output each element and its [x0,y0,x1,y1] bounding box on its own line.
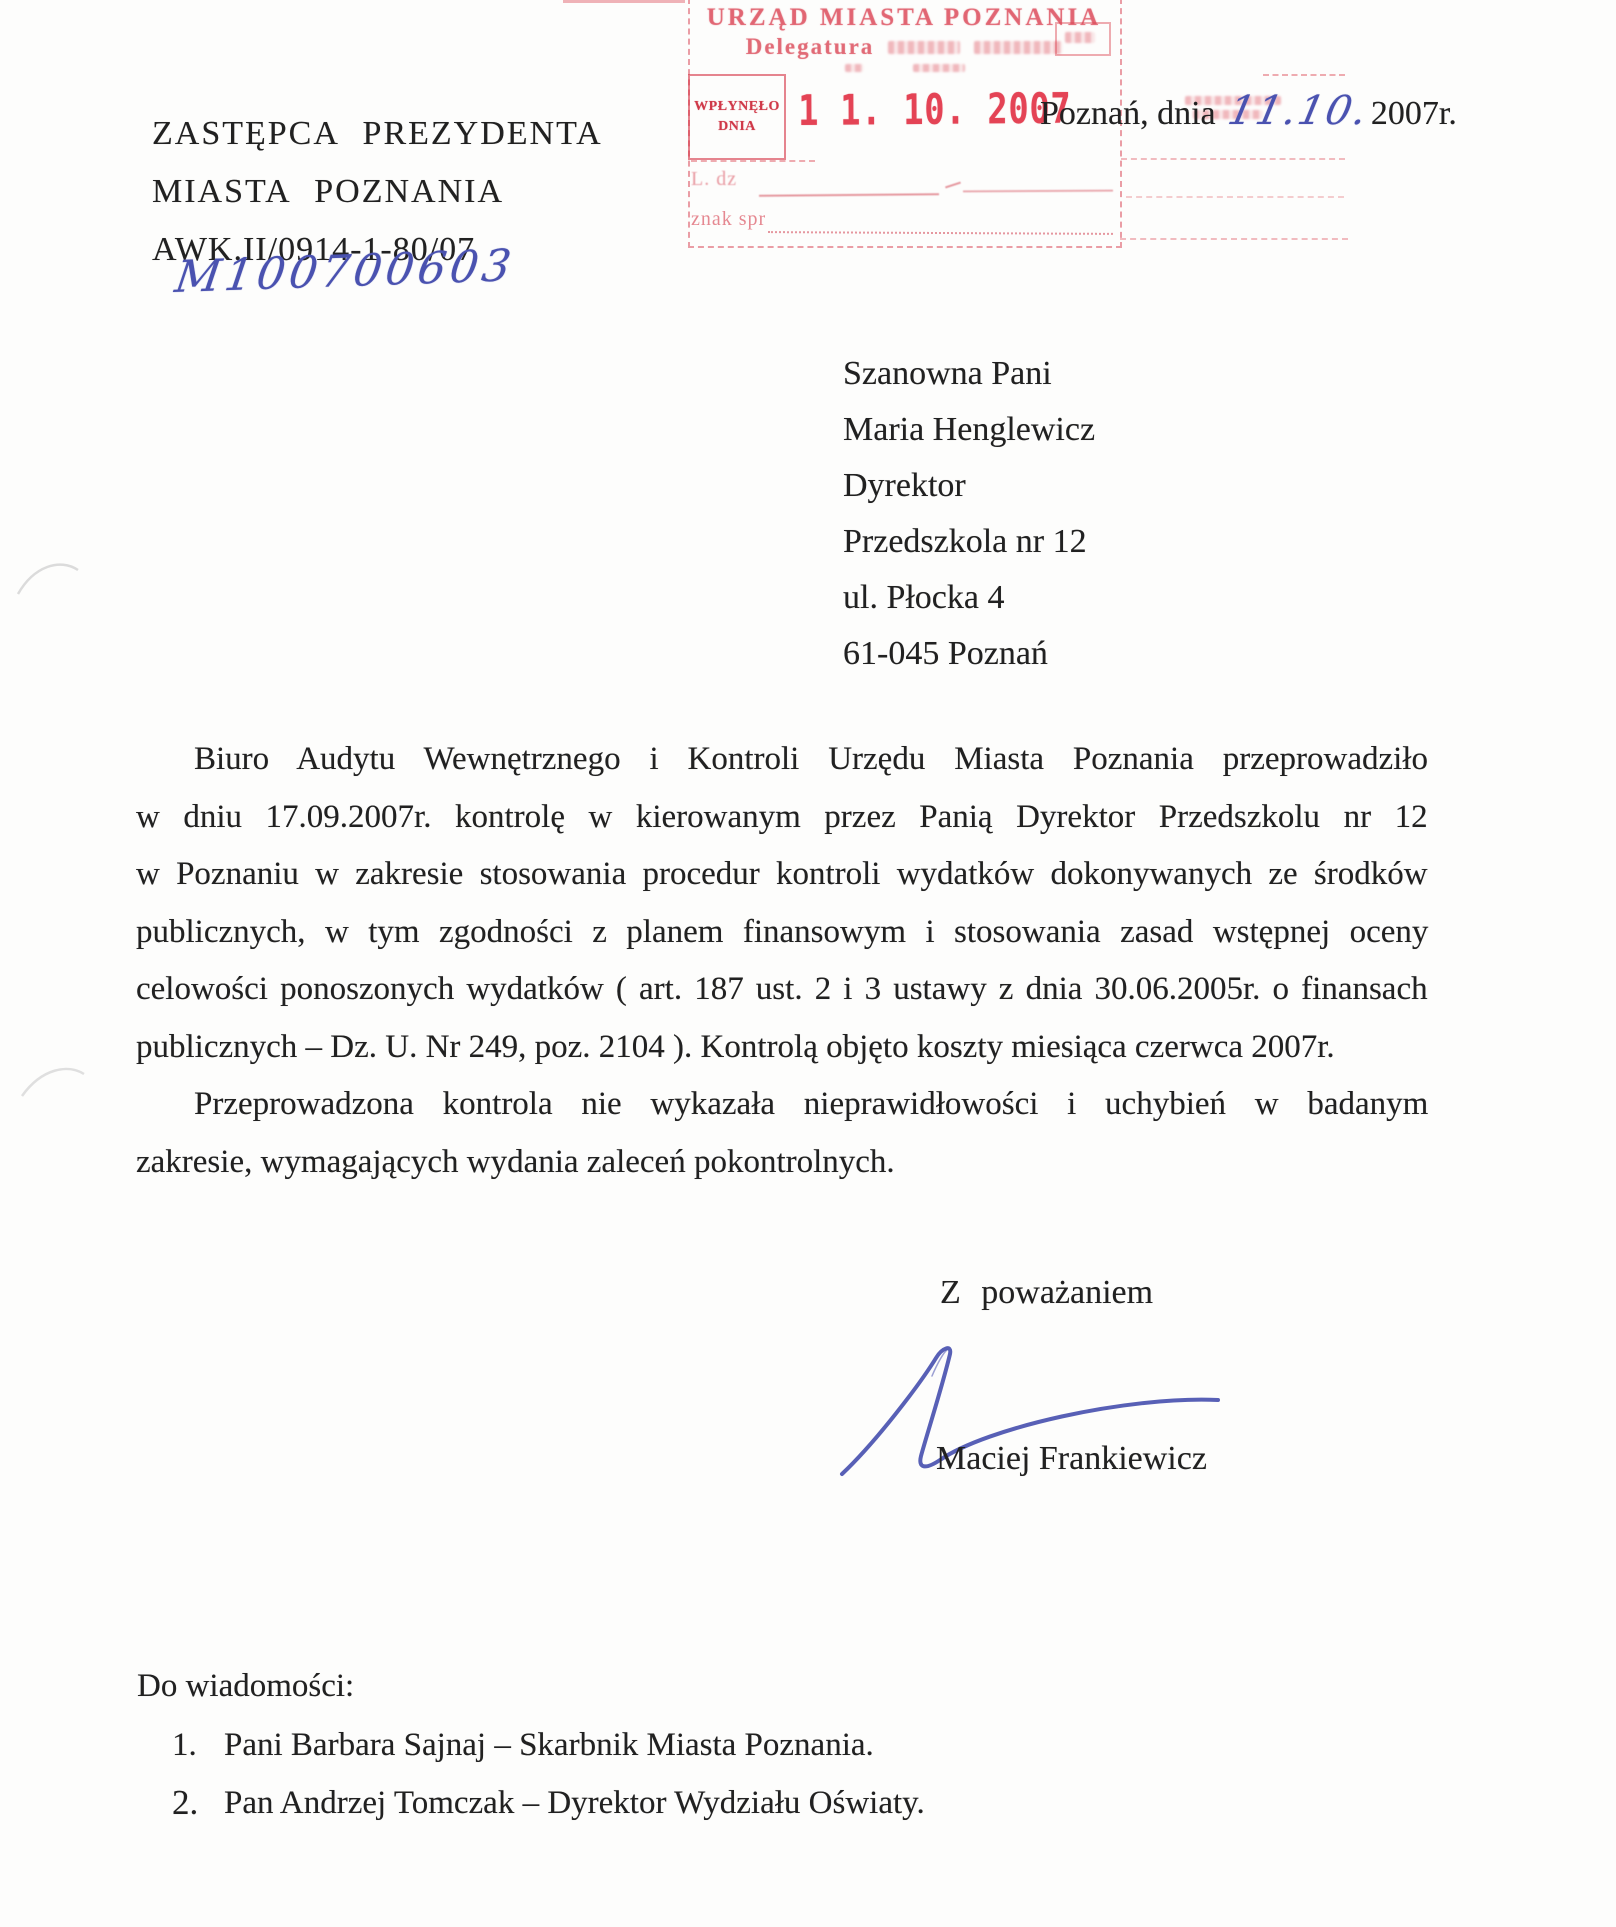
stamp-received-box: WPŁYNĘŁO DNIA [688,74,786,160]
text-line: w dniu 17.09.2007r. kontrolę w kierowany… [136,789,1428,847]
body-paragraph-2: Przeprowadzona kontrola nie wykazała nie… [136,1076,1428,1191]
stamp-znak-line [768,231,1113,235]
stamp-tick [945,182,961,189]
text-line: ul. Płocka 4 [843,570,1095,626]
dateline-year: 2007r. [1371,95,1457,133]
stamp-unit-label: Delegatura [746,34,875,60]
stamp-unit-line: Delegatura [698,34,1110,60]
illegible-stamp-text [974,41,1062,54]
valediction: Z poważaniem [940,1274,1153,1312]
distribution-item-text: Pan Andrzej Tomczak – Dyrektor Wydziału … [224,1785,925,1822]
text-line: publicznych – Dz. U. Nr 249, poz. 2104 )… [136,1019,1428,1077]
illegible-stamp-text [1065,32,1095,43]
stamp-received-label: WPŁYNĘŁO [694,99,780,115]
stamp-ldz-line2 [963,190,1113,193]
illegible-stamp-text [913,64,965,72]
text-line: Dyrektor [843,458,1095,514]
dateline-prefix: Poznań, dnia [1040,95,1216,133]
text-line: Biuro Audytu Wewnętrznego i Kontroli Urz… [136,731,1428,789]
distribution-item-number: 1. [172,1727,224,1764]
distribution-item-number: 2. [172,1783,224,1823]
text-line: publicznych, w tym zgodności z planem fi… [136,904,1428,962]
sender-title-line2: MIASTA POZNANIA [152,173,504,211]
text-line: Szanowna Pani [843,346,1095,402]
text-line: Maria Henglewicz [843,402,1095,458]
illegible-stamp-text [845,64,863,72]
stamp-right-dash [1121,158,1345,160]
body-text: Biuro Audytu Wewnętrznego i Kontroli Urz… [136,731,1428,1191]
stamp-right-dash [1120,238,1348,240]
stamp-border-fragment [563,0,685,3]
text-line: zakresie, wymagających wydania zaleceń p… [136,1134,1428,1192]
stamp-office-name: URZĄD MIASTA POZNANIA [698,4,1110,32]
dateline: Poznań, dnia 11.10. 2007r. [1040,88,1457,134]
stamp-znak-label: znak spr [691,208,766,231]
stamp-rule [691,160,815,162]
body-paragraph-1: Biuro Audytu Wewnętrznego i Kontroli Urz… [136,731,1428,1076]
stamp-ldz-label: L. dz [691,168,737,191]
handwritten-date: 11.10. [1224,88,1373,134]
stamp-right-dash [1263,74,1345,76]
signer-name: Maciej Frankiewicz [936,1440,1207,1478]
scan-artifact-arc [20,1062,86,1106]
recipient-block: Szanowna PaniMaria HenglewiczDyrektorPrz… [843,346,1095,682]
stamp-corner-box [1055,22,1111,56]
illegible-stamp-text [888,41,960,54]
stamp-received-label2: DNIA [718,119,756,135]
distribution-list: 1.Pani Barbara Sajnaj – Skarbnik Miasta … [172,1716,925,1832]
sender-title-line1: ZASTĘPCA PREZYDENTA [152,115,603,153]
stamp-ldz-line [759,193,939,197]
text-line: 61-045 Poznań [843,626,1095,682]
handwritten-case-number: M100700603 [172,240,518,303]
distribution-item: 1.Pani Barbara Sajnaj – Skarbnik Miasta … [172,1716,925,1774]
scan-artifact-arc [16,554,80,598]
text-line: Przedszkola nr 12 [843,514,1095,570]
text-line: Przeprowadzona kontrola nie wykazała nie… [136,1076,1428,1134]
text-line: celowości ponoszonych wydatków ( art. 18… [136,961,1428,1019]
stamp-received-date: 1 1. 10. 2007 [798,84,1072,135]
distribution-label: Do wiadomości: [137,1668,354,1705]
stamp-right-dash [1126,196,1344,198]
distribution-item: 2.Pan Andrzej Tomczak – Dyrektor Wydział… [172,1774,925,1832]
distribution-item-text: Pani Barbara Sajnaj – Skarbnik Miasta Po… [224,1727,874,1764]
scanned-letter-page: URZĄD MIASTA POZNANIA Delegatura WPŁYNĘŁ… [0,0,1616,1927]
text-line: w Poznaniu w zakresie stosowania procedu… [136,846,1428,904]
